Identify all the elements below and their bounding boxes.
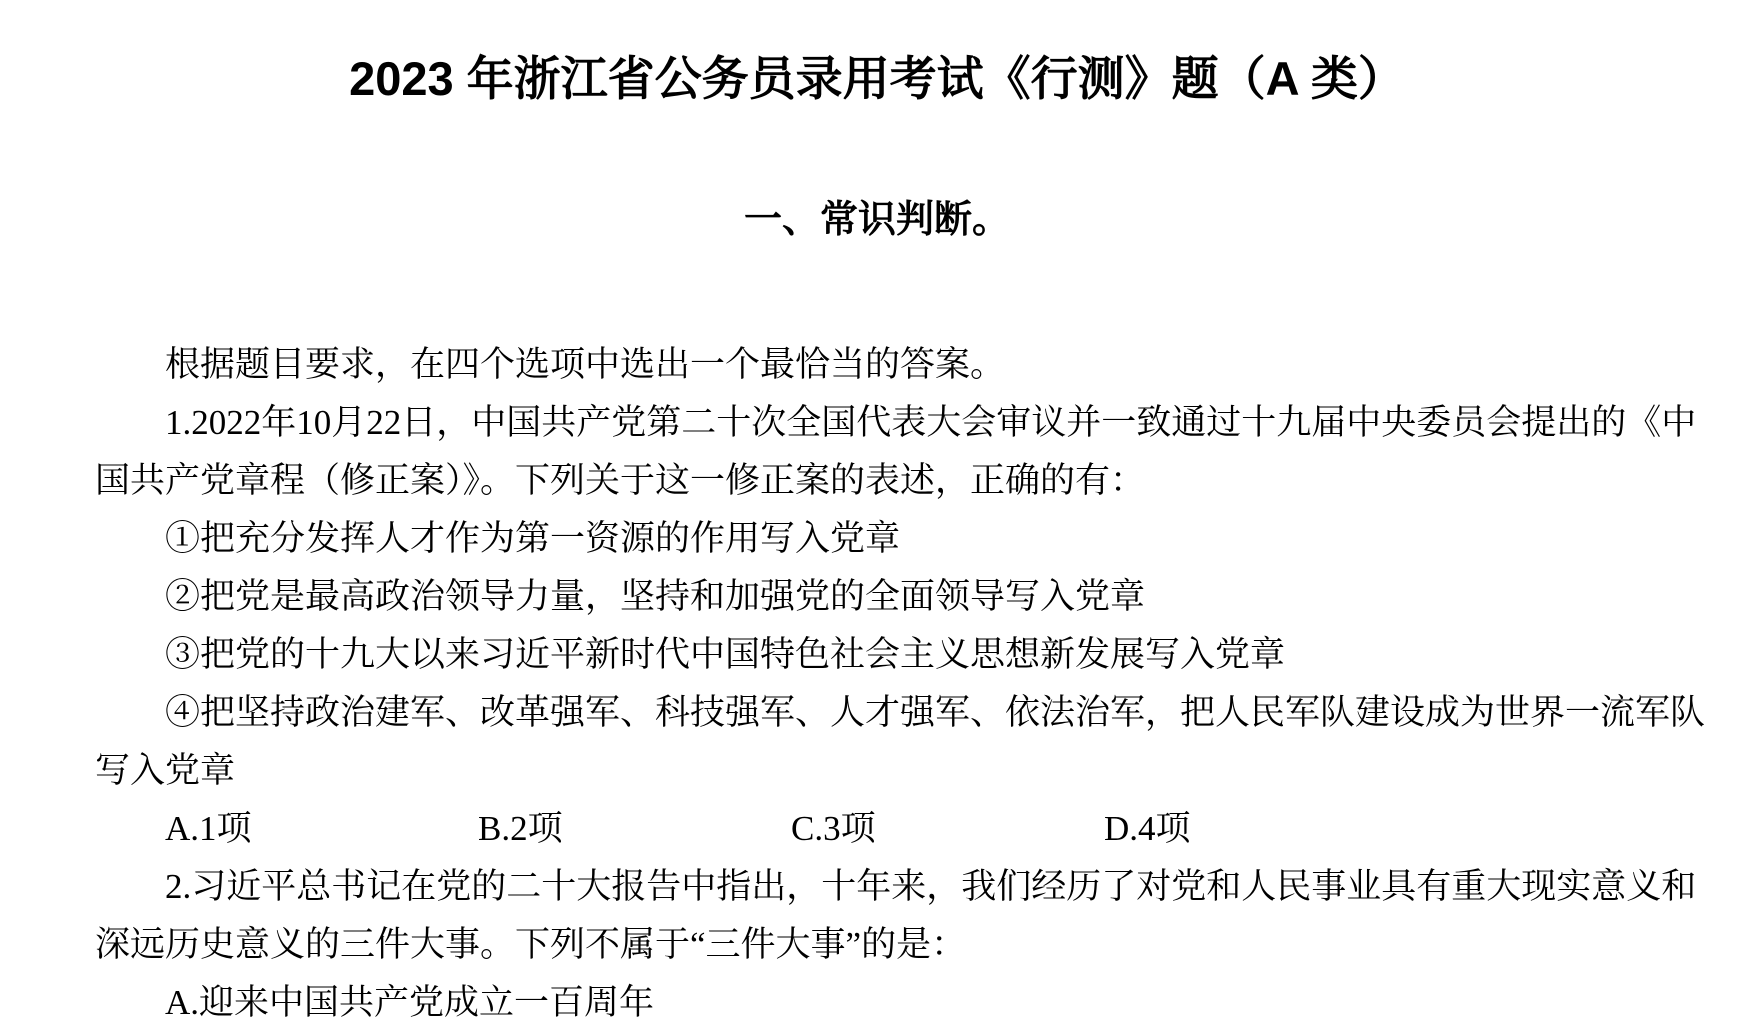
section-heading: 一、常识判断。 [0,199,1754,243]
question-1-option-c: C.3项 [791,800,1104,858]
question-1-option-d: D.4项 [1104,800,1718,858]
question-1-item-4: ④把坚持政治建军、改革强军、科技强军、人才强军、依法治军，把人民军队建设成为世界… [95,684,1718,800]
document-body: 根据题目要求，在四个选项中选出一个最恰当的答案。 1.2022年10月22日，中… [95,336,1718,1028]
question-1-stem: 1.2022年10月22日，中国共产党第二十次全国代表大会审议并一致通过十九届中… [95,394,1718,510]
question-1-item-2: ②把党是最高政治领导力量，坚持和加强党的全面领导写入党章 [95,568,1718,626]
question-1-options-row: A.1项 B.2项 C.3项 D.4项 [165,800,1718,858]
page-title: 2023 年浙江省公务员录用考试《行测》题（A 类） [0,52,1754,106]
document-page: 2023 年浙江省公务员录用考试《行测》题（A 类） 一、常识判断。 根据题目要… [0,0,1754,1028]
question-1-option-b: B.2项 [478,800,791,858]
question-1-item-1: ①把充分发挥人才作为第一资源的作用写入党章 [95,510,1718,568]
question-1-option-a: A.1项 [165,800,478,858]
question-2-stem: 2.习近平总书记在党的二十大报告中指出，十年来，我们经历了对党和人民事业具有重大… [95,858,1718,974]
question-1-item-3: ③把党的十九大以来习近平新时代中国特色社会主义思想新发展写入党章 [95,626,1718,684]
instructions-text: 根据题目要求，在四个选项中选出一个最恰当的答案。 [95,336,1718,394]
question-2-option-a: A.迎来中国共产党成立一百周年 [95,974,1718,1028]
